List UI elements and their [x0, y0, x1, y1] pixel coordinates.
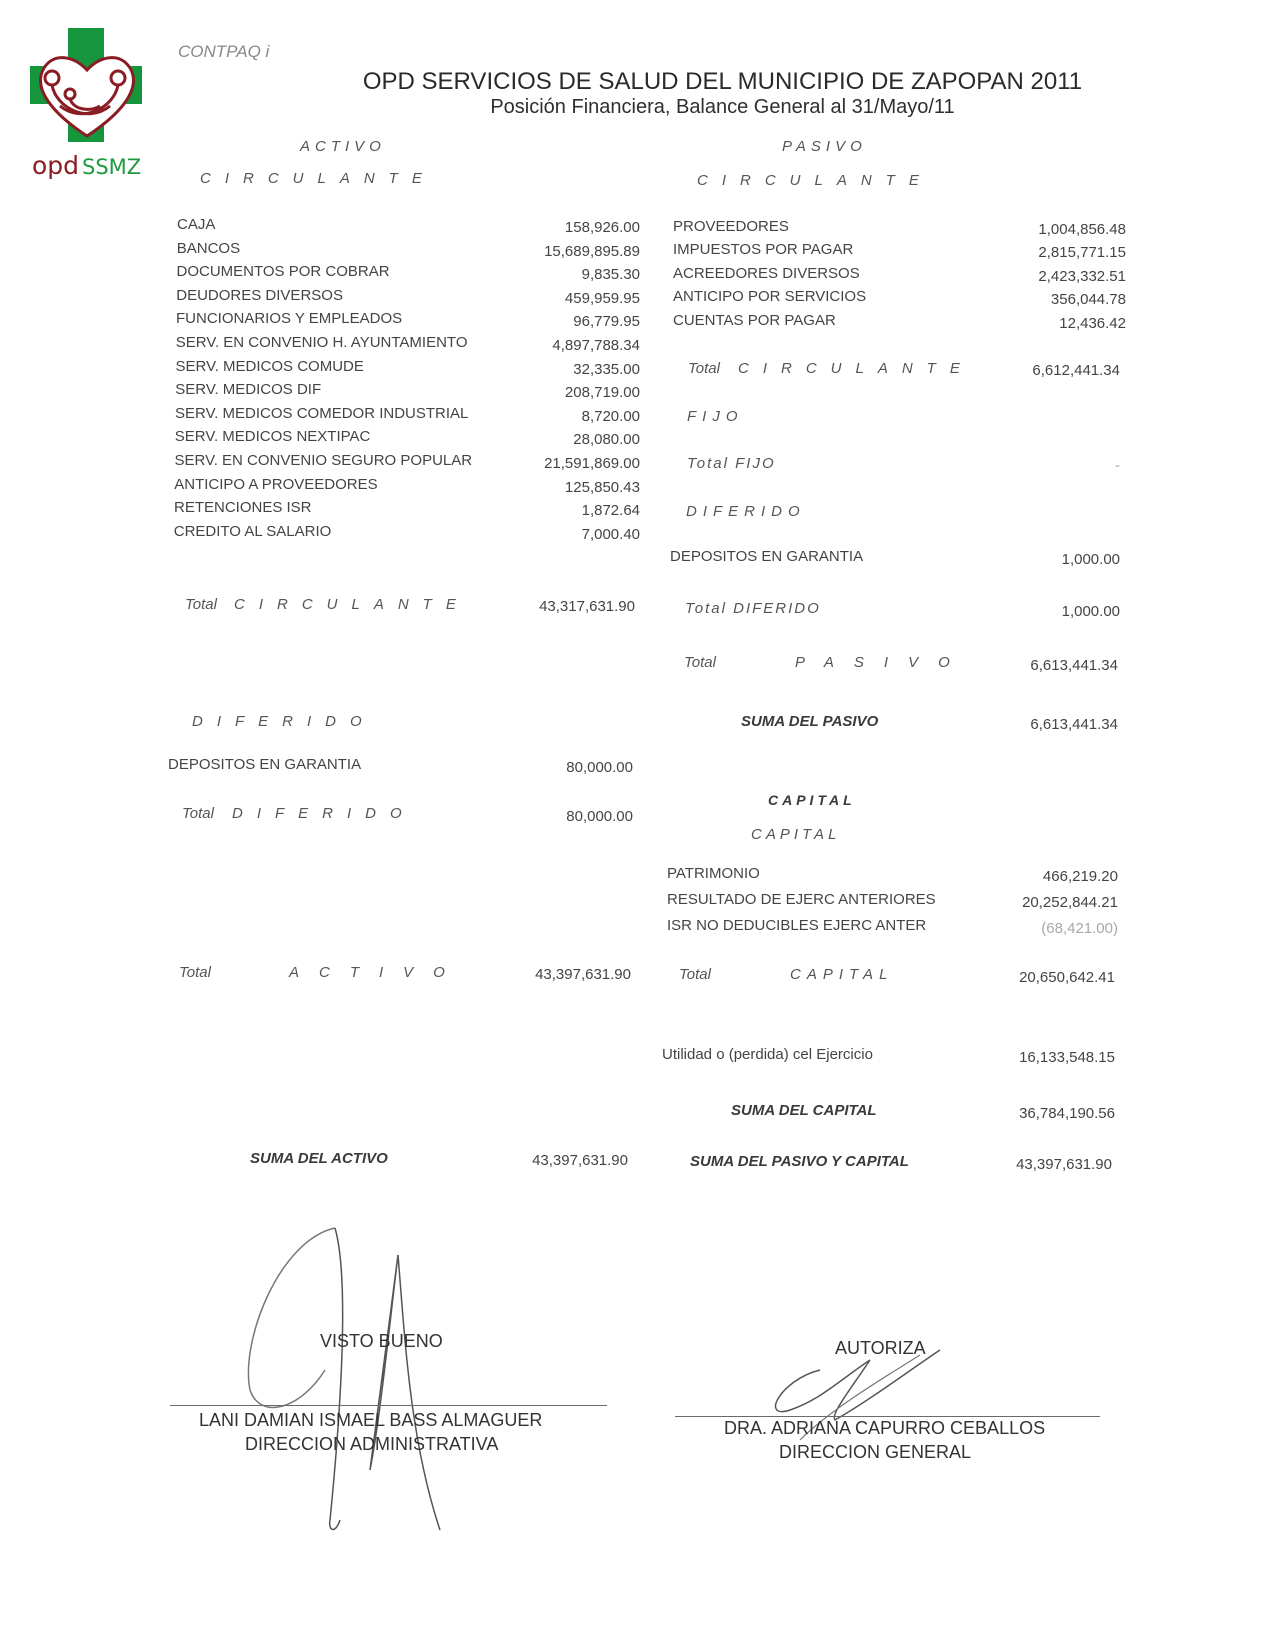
pasivo-circulante-total-label: CIRCULANTE: [738, 360, 974, 377]
capital-item-value: 20,252,844.21: [968, 894, 1118, 911]
signer-left-name: LANI DAMIAN ISMAEL BASS ALMAGUER: [199, 1410, 542, 1431]
activo-diferido-item-label: DEPOSITOS EN GARANTIA: [168, 756, 361, 773]
activo-item-label: DOCUMENTOS POR COBRAR: [177, 263, 390, 280]
pasivo-item-label: ANTICIPO POR SERVICIOS: [673, 288, 866, 305]
activo-item-value: 459,959.95: [490, 290, 640, 307]
capital-item-value: (68,421.00): [968, 920, 1118, 937]
utilidad-ejercicio-value: 16,133,548.15: [965, 1049, 1115, 1066]
suma-pasivo-capital-label: SUMA DEL PASIVO Y CAPITAL: [690, 1153, 909, 1170]
activo-diferido-total-value: 80,000.00: [483, 808, 633, 825]
suma-activo-value: 43,397,631.90: [478, 1152, 628, 1169]
capital-item-label: ISR NO DEDUCIBLES EJERC ANTER: [667, 917, 926, 934]
document-title: OPD SERVICIOS DE SALUD DEL MUNICIPIO DE …: [0, 68, 1275, 96]
suma-activo-label: SUMA DEL ACTIVO: [250, 1150, 388, 1167]
pasivo-diferido-item-value: 1,000.00: [970, 551, 1120, 568]
suma-pasivo-label: SUMA DEL PASIVO: [741, 713, 878, 730]
svg-text:opd: opd: [32, 151, 79, 180]
signature-scribble-left: [240, 1220, 480, 1540]
activo-circulante-total-label: CIRCULANTE: [234, 596, 470, 613]
svg-text:SSMZ: SSMZ: [82, 155, 141, 179]
pasivo-circulante-total-value: 6,612,441.34: [970, 362, 1120, 379]
activo-item-value: 32,335.00: [490, 361, 640, 378]
activo-item-value: 208,719.00: [490, 384, 640, 401]
activo-diferido-total-label: DIFERIDO: [232, 805, 416, 822]
activo-total-value: 43,397,631.90: [481, 966, 631, 983]
suma-pasivo-value: 6,613,441.34: [968, 716, 1118, 733]
pasivo-circulante-heading: CIRCULANTE: [697, 172, 933, 189]
capital-total-value: 20,650,642.41: [965, 969, 1115, 986]
pasivo-total-prefix: Total: [684, 654, 716, 671]
activo-item-label: CREDITO AL SALARIO: [174, 523, 332, 540]
pasivo-item-label: IMPUESTOS POR PAGAR: [673, 241, 853, 258]
activo-item-value: 4,897,788.34: [490, 337, 640, 354]
signature-line-left: [170, 1405, 607, 1406]
activo-item-label: SERV. MEDICOS DIF: [175, 381, 321, 398]
activo-item-label: RETENCIONES ISR: [174, 499, 312, 516]
pasivo-fijo-total-value: -: [970, 457, 1120, 474]
pasivo-item-value: 12,436.42: [976, 315, 1126, 332]
activo-circulante-heading: CIRCULANTE: [200, 170, 436, 187]
pasivo-item-value: 2,815,771.15: [976, 244, 1126, 261]
signer-right-position: DIRECCION GENERAL: [779, 1442, 971, 1463]
activo-item-label: BANCOS: [177, 240, 240, 257]
activo-item-label: SERV. EN CONVENIO SEGURO POPULAR: [175, 452, 473, 469]
suma-pasivo-capital-value: 43,397,631.90: [962, 1156, 1112, 1173]
signer-left-position: DIRECCION ADMINISTRATIVA: [245, 1434, 498, 1455]
pasivo-item-label: ACREEDORES DIVERSOS: [673, 265, 860, 282]
activo-item-label: SERV. EN CONVENIO H. AYUNTAMIENTO: [176, 334, 468, 351]
capital-heading: CAPITAL: [768, 792, 856, 808]
software-label: CONTPAQ i: [178, 42, 269, 62]
activo-circulante-total-value: 43,317,631.90: [485, 598, 635, 615]
visto-bueno-caption: VISTO BUENO: [320, 1331, 443, 1352]
activo-item-label: ANTICIPO A PROVEEDORES: [174, 476, 377, 493]
pasivo-fijo-total-label: Total FIJO: [687, 455, 776, 472]
activo-item-label: SERV. MEDICOS COMEDOR INDUSTRIAL: [175, 405, 468, 422]
capital-total-label: CAPITAL: [790, 966, 893, 983]
activo-item-value: 28,080.00: [490, 431, 640, 448]
pasivo-diferido-total-value: 1,000.00: [970, 603, 1120, 620]
pasivo-item-value: 356,044.78: [976, 291, 1126, 308]
activo-item-value: 96,779.95: [490, 313, 640, 330]
activo-item-value: 15,689,895.89: [490, 243, 640, 260]
activo-item-label: SERV. MEDICOS COMUDE: [176, 358, 364, 375]
activo-total-label: ACTIVO: [289, 964, 465, 981]
activo-item-value: 1,872.64: [490, 502, 640, 519]
activo-item-label: SERV. MEDICOS NEXTIPAC: [175, 428, 371, 445]
document-subtitle: Posición Financiera, Balance General al …: [0, 96, 1275, 119]
suma-capital-value: 36,784,190.56: [965, 1105, 1115, 1122]
autoriza-caption: AUTORIZA: [835, 1338, 926, 1359]
utilidad-ejercicio-label: Utilidad o (perdida) cel Ejercicio: [662, 1046, 873, 1063]
capital-item-label: PATRIMONIO: [667, 865, 760, 882]
activo-total-prefix: Total: [179, 964, 211, 981]
suma-capital-label: SUMA DEL CAPITAL: [731, 1102, 877, 1119]
capital-item-value: 466,219.20: [968, 868, 1118, 885]
activo-item-label: CAJA: [177, 216, 215, 233]
pasivo-circulante-total-prefix: Total: [688, 360, 720, 377]
activo-item-value: 7,000.40: [490, 526, 640, 543]
activo-diferido-total-prefix: Total: [182, 805, 214, 822]
activo-item-value: 8,720.00: [490, 408, 640, 425]
pasivo-item-value: 1,004,856.48: [976, 221, 1126, 238]
capital-item-label: RESULTADO DE EJERC ANTERIORES: [667, 891, 936, 908]
signer-right-name: DRA. ADRIANA CAPURRO CEBALLOS: [724, 1418, 1045, 1439]
signature-line-right: [675, 1416, 1100, 1417]
activo-item-label: DEUDORES DIVERSOS: [176, 287, 343, 304]
pasivo-diferido-total-label: Total DIFERIDO: [685, 600, 821, 617]
activo-item-value: 158,926.00: [490, 219, 640, 236]
activo-circulante-total-prefix: Total: [185, 596, 217, 613]
pasivo-diferido-heading: DIFERIDO: [686, 503, 806, 520]
activo-item-label: FUNCIONARIOS Y EMPLEADOS: [176, 310, 402, 327]
activo-diferido-heading: DIFERIDO: [192, 713, 376, 730]
activo-heading: ACTIVO: [300, 138, 386, 155]
pasivo-total-value: 6,613,441.34: [968, 657, 1118, 674]
pasivo-fijo-heading: FIJO: [687, 408, 744, 425]
activo-item-value: 21,591,869.00: [490, 455, 640, 472]
pasivo-item-value: 2,423,332.51: [976, 268, 1126, 285]
pasivo-item-label: CUENTAS POR PAGAR: [673, 312, 836, 329]
pasivo-heading: PASIVO: [782, 138, 867, 155]
activo-item-value: 125,850.43: [490, 479, 640, 496]
capital-subheading: CAPITAL: [751, 826, 840, 843]
capital-total-prefix: Total: [679, 966, 711, 983]
pasivo-diferido-item-label: DEPOSITOS EN GARANTIA: [670, 548, 863, 565]
pasivo-total-label: PASIVO: [795, 654, 970, 671]
activo-item-value: 9,835.30: [490, 266, 640, 283]
activo-diferido-item-value: 80,000.00: [483, 759, 633, 776]
pasivo-item-label: PROVEEDORES: [673, 218, 789, 235]
